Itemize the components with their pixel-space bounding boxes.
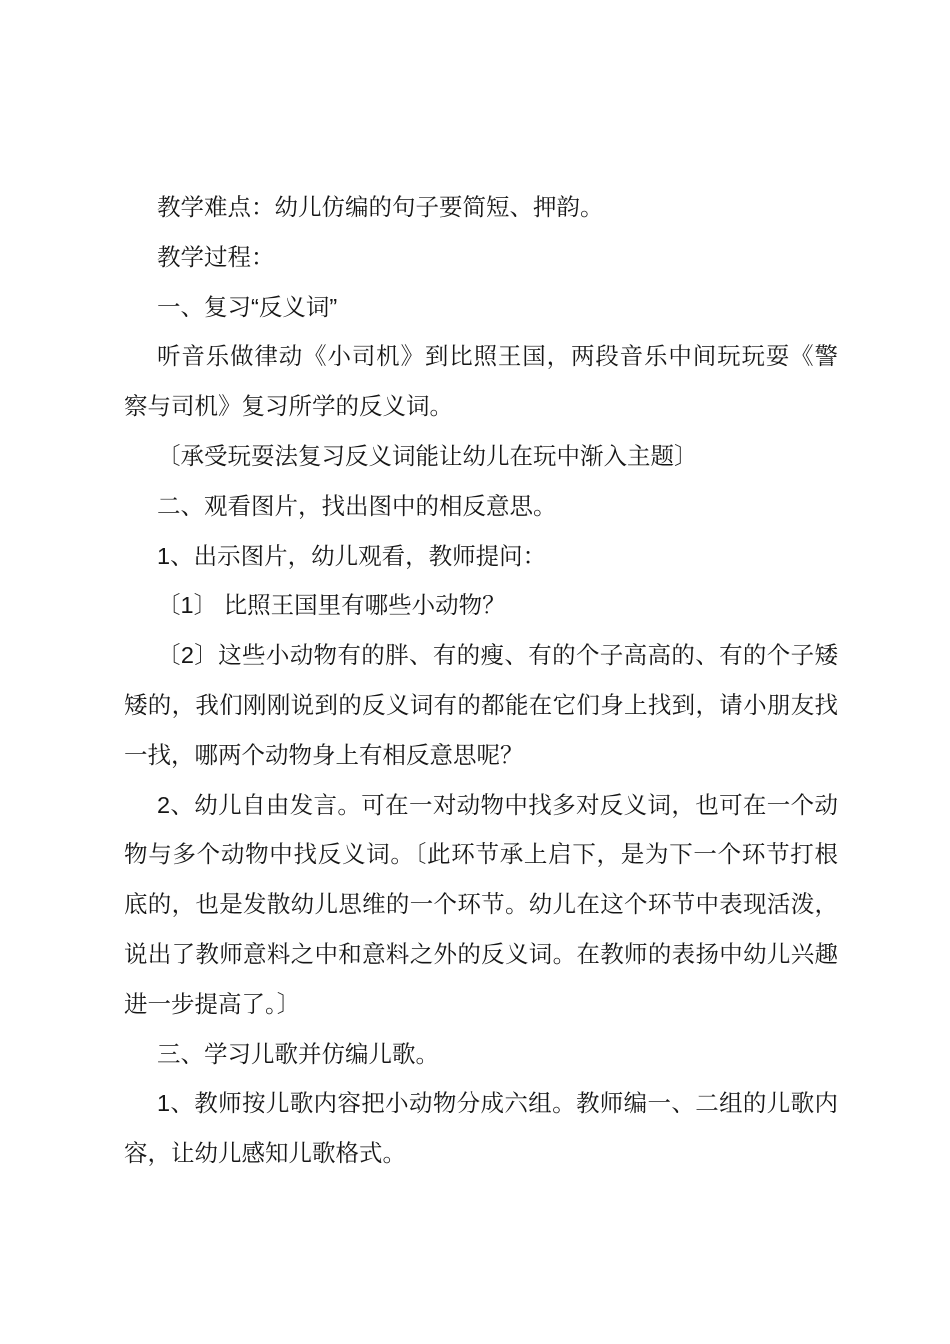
paragraph: 〔2〕这些小动物有的胖、有的瘦、有的个子高高的、有的个子矮矮的，我们刚刚说到的反…	[124, 631, 838, 780]
paragraph: 1、教师按儿歌内容把小动物分成六组。教师编一、二组的儿歌内容，让幼儿感知儿歌格式…	[124, 1079, 838, 1179]
paragraph: 〔1〕 比照王国里有哪些小动物？	[124, 581, 838, 631]
paragraph: 〔承受玩耍法复习反义词能让幼儿在玩中渐入主题〕	[124, 432, 838, 482]
paragraph: 二、观看图片，找出图中的相反意思。	[124, 482, 838, 532]
document-page: 教学难点：幼儿仿编的句子要简短、押韵。 教学过程： 一、复习“反义词” 听音乐做…	[0, 0, 950, 1344]
paragraph: 2、幼儿自由发言。可在一对动物中找多对反义词，也可在一个动物与多个动物中找反义词…	[124, 781, 838, 1030]
paragraph: 教学过程：	[124, 233, 838, 283]
paragraph: 听音乐做律动《小司机》到比照王国，两段音乐中间玩玩耍《警察与司机》复习所学的反义…	[124, 332, 838, 432]
paragraph: 教学难点：幼儿仿编的句子要简短、押韵。	[124, 183, 838, 233]
paragraph: 1、出示图片，幼儿观看，教师提问：	[124, 532, 838, 582]
paragraph: 一、复习“反义词”	[124, 283, 838, 333]
paragraph: 三、学习儿歌并仿编儿歌。	[124, 1030, 838, 1080]
